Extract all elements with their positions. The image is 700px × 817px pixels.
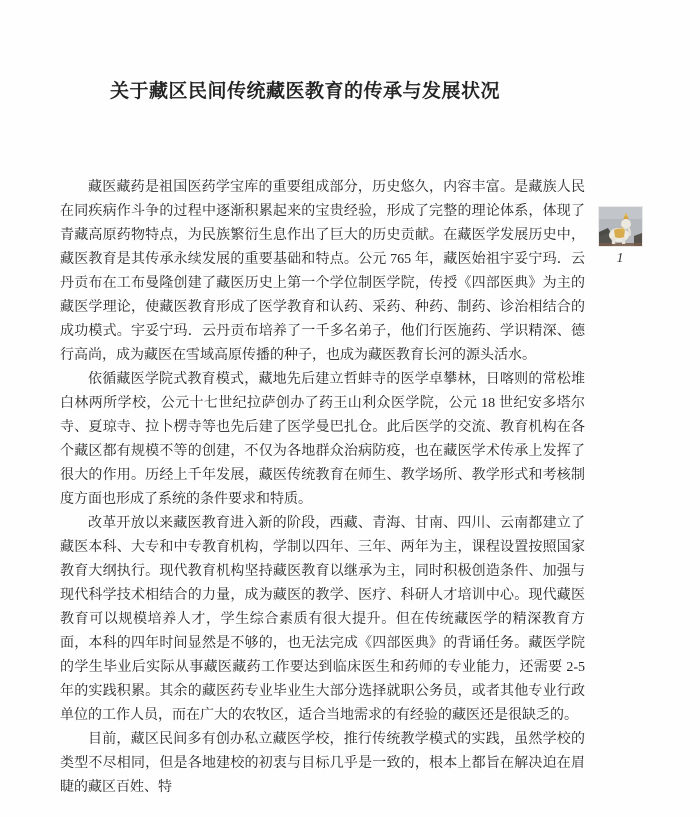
paragraph-history: 依循藏医学院式教育模式，藏地先后建立哲蚌寺的医学卓攀林，日喀则的常松堆白林两所学…	[60, 368, 585, 512]
document-body: 藏医藏药是祖国医药学宝库的重要组成部分，历史悠久，内容丰富。是藏族人民在同疾病作…	[60, 176, 585, 800]
document-page: 关于藏区民间传统藏医教育的传承与发展状况 藏医藏药是祖国医药学宝库的重要组成部分…	[0, 0, 700, 817]
paragraph-intro: 藏医藏药是祖国医药学宝库的重要组成部分，历史悠久，内容丰富。是藏族人民在同疾病作…	[60, 176, 585, 368]
page-title: 关于藏区民间传统藏医教育的传承与发展状况	[60, 76, 550, 103]
paragraph-current-private-schools: 目前，藏区民间多有创办私立藏医学校，推行传统教学模式的实践，虽然学校的类型不尽相…	[60, 728, 585, 800]
statue-photo-thumbnail[interactable]	[599, 207, 642, 246]
elephant-statue-image	[599, 207, 642, 246]
page-number: 1	[604, 251, 636, 267]
paragraph-modern-education: 改革开放以来藏医教育进入新的阶段，西藏、青海、甘南、四川、云南都建立了藏医本科、…	[60, 512, 585, 728]
